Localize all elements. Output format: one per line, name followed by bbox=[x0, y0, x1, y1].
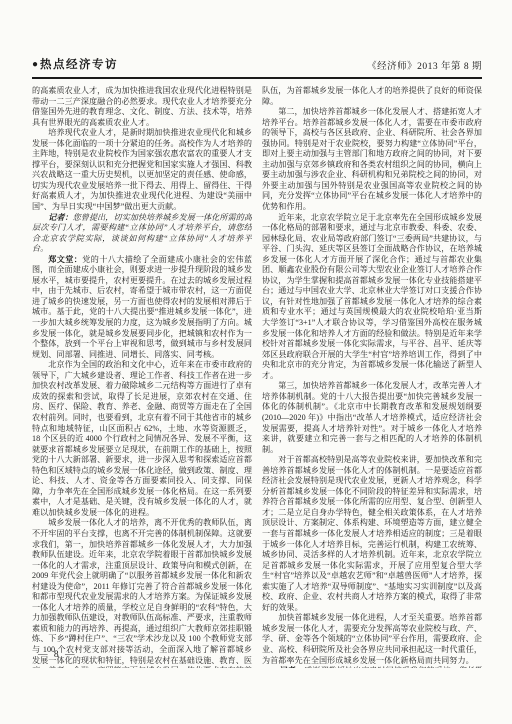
paragraph: 近年来，北京农学院立足于北京率先在全国形成城乡发展一体化格局的部署和要求，通过与… bbox=[262, 213, 482, 382]
reporter-label: 记者： bbox=[278, 666, 302, 668]
paragraph: 对于首都高校特别是高等农业院校来讲，要加快改革和完善培养首都城乡发展一体化人才的… bbox=[262, 455, 482, 613]
paragraph-continuation: 队伍，为首都城乡发展一体化人才的培养提供了良好的师资保障。 bbox=[262, 86, 482, 107]
right-column: 队伍，为首都城乡发展一体化人才的培养提供了良好的师资保障。 第二，加快培养首都城… bbox=[262, 86, 482, 668]
journal-page: ● 热点经济专访 《经济师》2013 年第 8 期 的高素质农业人才，成为加快推… bbox=[0, 0, 512, 724]
reporter-label: 记者： bbox=[48, 213, 72, 222]
paragraph: 第三，加快培养首都城乡一体化发展人才，改革完善人才培养体制机制。党的十八大报告提… bbox=[262, 381, 482, 455]
section-title: ● 热点经济专访 bbox=[32, 56, 118, 72]
paragraph: 第二，加快培养首都城乡一体化发展人才、搭建拓宽人才培养平台。培养首都城乡发展一体… bbox=[262, 107, 482, 212]
paragraph-continuation: 的高素质农业人才，成为加快推进我国农业现代化进程特别是带动一二三产深度融合的必然… bbox=[32, 86, 252, 128]
paragraph: 加快首都城乡发展一体化进程，人才至关重要。培养首都城乡发展一体化人才，需要充分发… bbox=[262, 613, 482, 666]
paragraph-reporter-closing: 记者：感谢郑教授抽出宝贵时间接受我们的采访。您长期从事高等教育工作实践及研究，以… bbox=[262, 666, 482, 668]
paragraph: 城乡发展一体化人才的培养，离不开优秀的教师队伍，离不开牢固的平台支撑，也离不开完… bbox=[32, 518, 252, 668]
paragraph-reporter-question: 记者：您曾提出，切实加快培养城乡发展一体化所需的高层次专门人才，需要构建“立体协… bbox=[32, 213, 252, 255]
paragraph: 北京作为全国的政治和文化中心，近年来在市委市政府的领导下，广大城乡建设者、理论工… bbox=[32, 360, 252, 518]
paragraph: 培养现代农业人才，是新时期加快推进农业现代化和城乡发展一体化面临的一项十分紧迫的… bbox=[32, 128, 252, 212]
left-column: 的高素质农业人才，成为加快推进我国农业现代化进程特别是带动一二三产深度融合的必然… bbox=[32, 86, 252, 668]
article-columns: 的高素质农业人才，成为加快推进我国农业现代化进程特别是带动一二三产深度融合的必然… bbox=[32, 86, 482, 668]
section-bullet-icon: ● bbox=[32, 59, 38, 70]
page-number: — 8 — bbox=[38, 650, 77, 660]
section-title-label: 热点经济专访 bbox=[40, 56, 118, 72]
page-header: ● 热点经济专访 《经济师》2013 年第 8 期 bbox=[32, 56, 482, 79]
interviewee-label: 郑文堂： bbox=[48, 255, 82, 264]
paragraph-interviewee-answer: 郑文堂：党的十八大描绘了全面建成小康社会的宏伟蓝图，而全面建成小康社会，则要求进… bbox=[32, 255, 252, 360]
journal-issue-label: 《经济师》2013 年第 8 期 bbox=[367, 58, 482, 72]
paragraph-text: 党的十八大描绘了全面建成小康社会的宏伟蓝图，而全面建成小康社会，则要求进一步提升… bbox=[32, 255, 252, 359]
